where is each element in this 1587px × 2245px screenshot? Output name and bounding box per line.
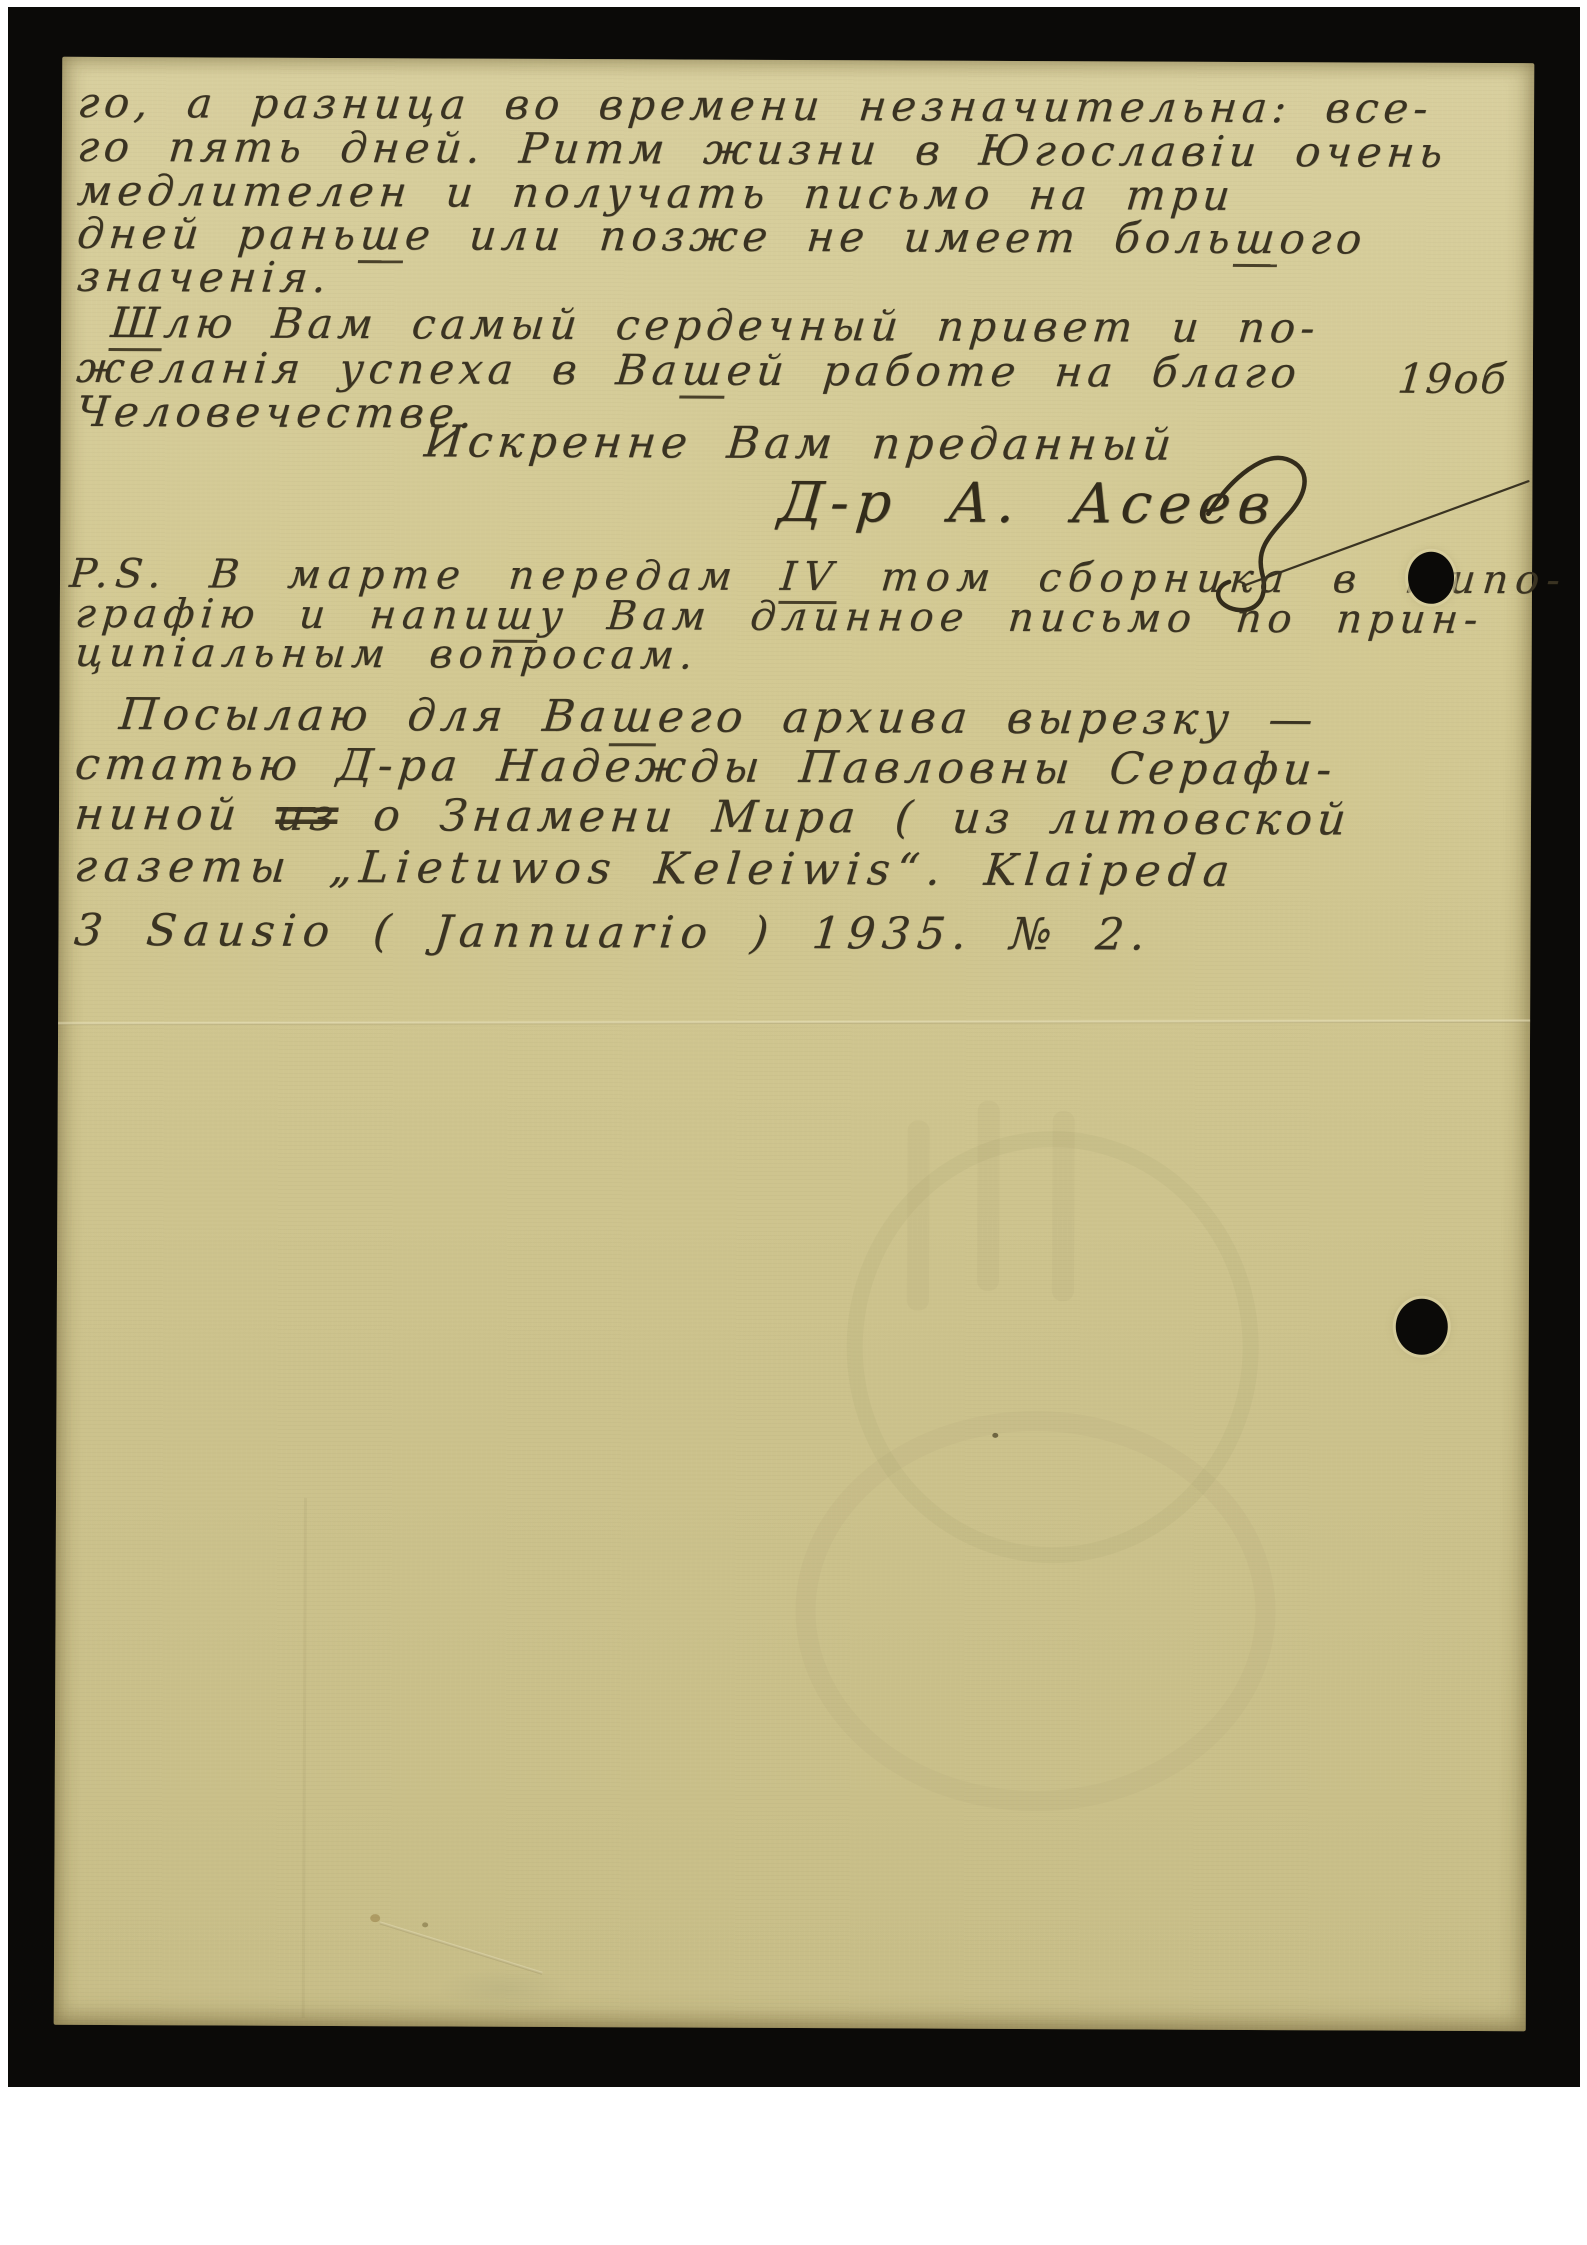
handwritten-line: 3 Sausio ( Jannuario ) 1935. № 2.: [72, 909, 1153, 958]
handwritten-line: ципіальным вопросам.: [74, 633, 701, 676]
paper-stain: [370, 1914, 380, 1922]
screenshot-canvas: го, а разница во времени незначительна: …: [0, 0, 1587, 2245]
letter-page: го, а разница во времени незначительна: …: [54, 57, 1535, 2031]
handwritten-line: Шлю Вам самый сердечный привет и по-: [109, 302, 1321, 349]
paper-stain: [422, 1922, 428, 1927]
handwritten-line: статью Д-ра Надежды Павловны Серафи-: [73, 743, 1338, 792]
handwritten-line: Человечестве.: [75, 391, 479, 435]
handwritten-line: газеты „Lietuwos Keleiwis“. Klaipeda: [73, 845, 1238, 894]
line-segment: е или позже не имеет боль: [403, 210, 1237, 263]
signature: Д-р А. Асеев: [776, 475, 1279, 532]
handwritten-line: Посылаю для Вашего архива вырезку —: [117, 693, 1319, 742]
closing-line: Искренне Вам преданный: [423, 420, 1178, 467]
fold-crease: [58, 1019, 1530, 1026]
scanner-background: го, а разница во времени незначительна: …: [8, 7, 1580, 2087]
underlined-letter: ш: [358, 210, 408, 263]
line-segment: его архива вырезку —: [656, 691, 1320, 745]
watermark-bar: [1052, 1111, 1075, 1301]
line-segment: Посылаю для Ва: [117, 689, 614, 742]
paper-smudge: [434, 1966, 574, 2011]
line-segment: ого: [1277, 214, 1368, 263]
punch-hole-bottom: [1396, 1299, 1448, 1355]
vertical-crease: [302, 1498, 307, 2018]
struck-out-word: из: [274, 790, 341, 841]
watermark-ring: [795, 1410, 1277, 1812]
underlined-letter: ш: [1232, 214, 1282, 267]
underlined-letter: ш: [609, 691, 661, 746]
ink-speck: [992, 1433, 998, 1438]
archival-page-number: 19об: [1396, 359, 1510, 400]
handwritten-line: значенія.: [75, 256, 333, 299]
punch-hole-top: [1408, 552, 1454, 604]
line-segment: о Знамени Мира ( из литовской: [336, 790, 1353, 845]
handwritten-line: ниной из о Знамени Мира ( из литовской: [73, 793, 1353, 843]
watermark-bar: [907, 1120, 930, 1310]
underlined-letter: ш: [679, 346, 729, 399]
line-segment: ниной: [73, 789, 279, 841]
line-segment: ей работе на благо: [725, 346, 1304, 397]
watermark-bar: [977, 1101, 1000, 1291]
